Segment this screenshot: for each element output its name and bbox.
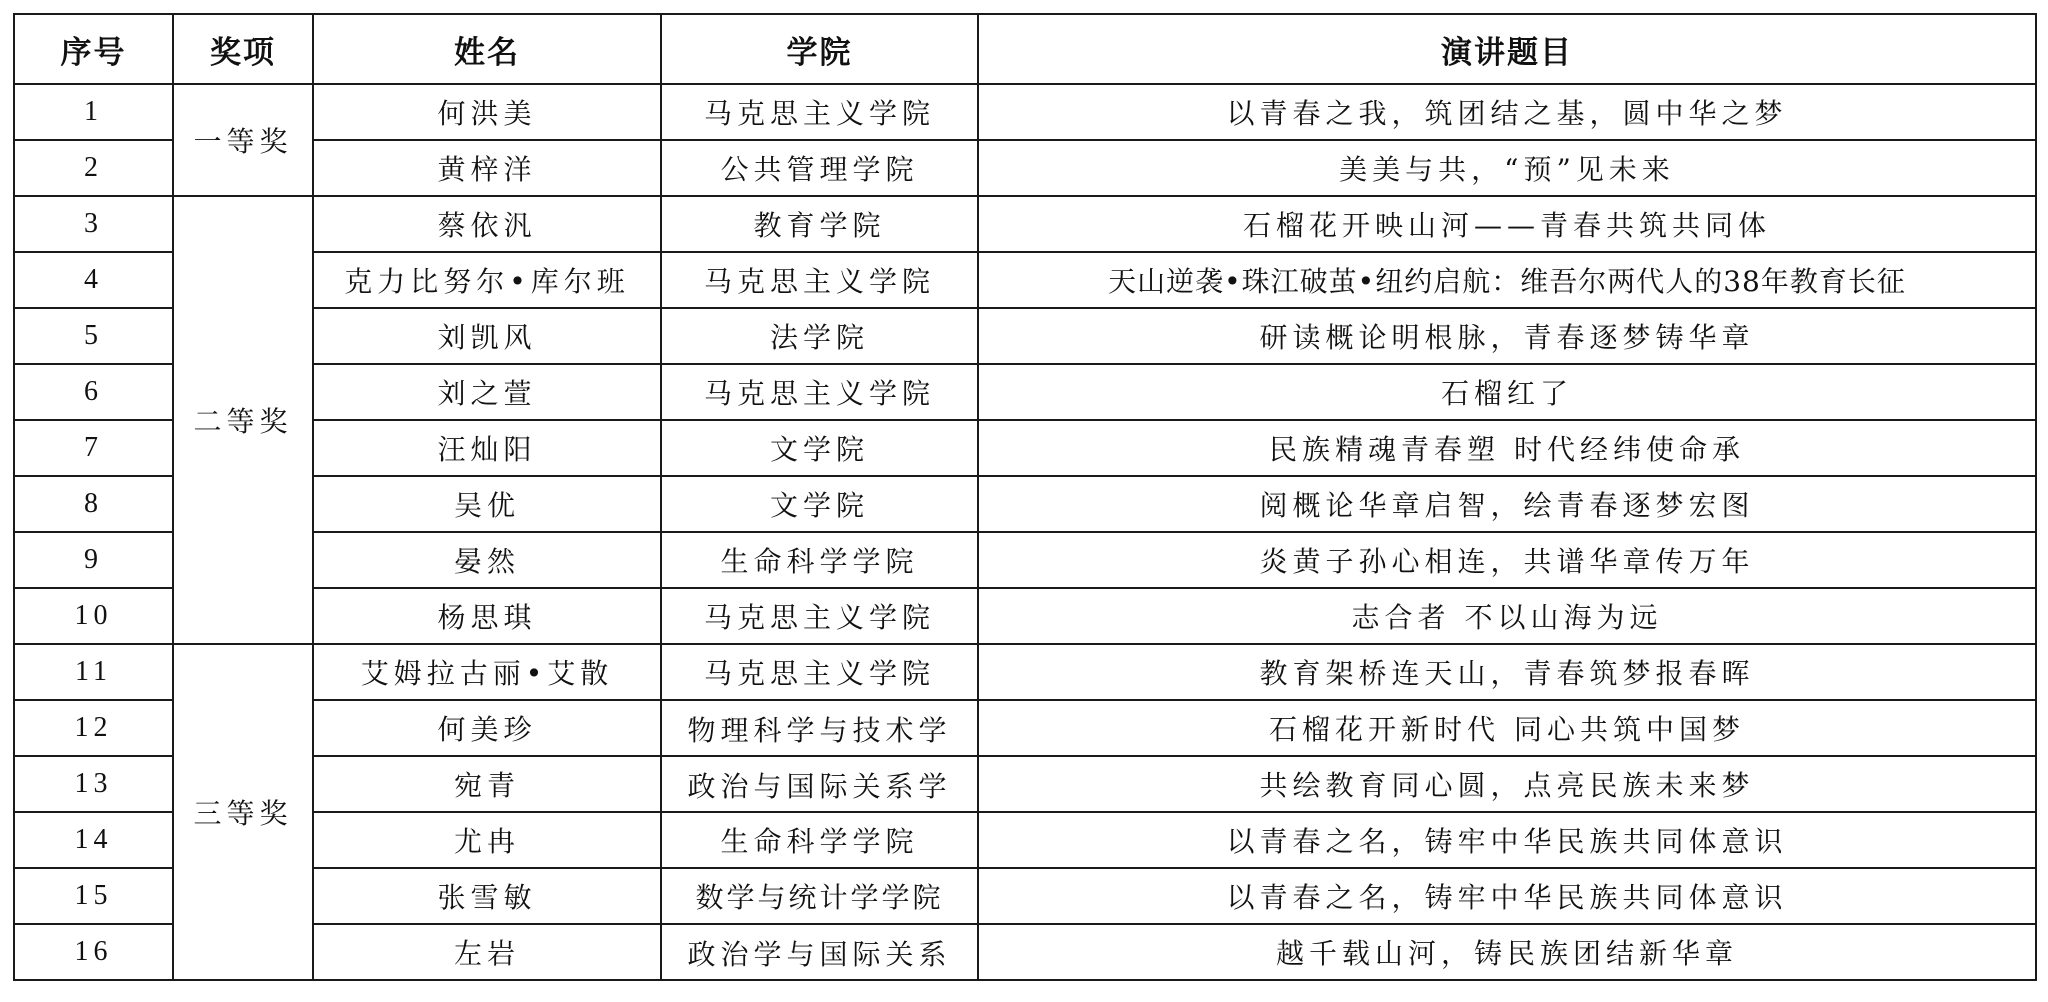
college: 文学院 — [661, 420, 978, 476]
student-name: 左岩 — [313, 924, 661, 980]
speech-title: 阅概论华章启智，绘青春逐梦宏图 — [978, 476, 2036, 532]
college: 教育学院 — [661, 196, 978, 252]
college: 物理科学与技术学 — [661, 700, 978, 756]
college: 文学院 — [661, 476, 978, 532]
speech-title: 炎黄子孙心相连，共谱华章传万年 — [978, 532, 2036, 588]
header-college: 学院 — [661, 14, 978, 84]
row-number: 5 — [14, 308, 173, 364]
student-name: 宛青 — [313, 756, 661, 812]
table-row: 7 汪灿阳 文学院 民族精魂青春塑 时代经纬使命承 — [14, 420, 2036, 476]
row-number: 6 — [14, 364, 173, 420]
speech-title: 美美与共，“预”见未来 — [978, 140, 2036, 196]
speech-title: 研读概论明根脉，青春逐梦铸华章 — [978, 308, 2036, 364]
row-number: 4 — [14, 252, 173, 308]
college: 政治学与国际关系 — [661, 924, 978, 980]
speech-title: 石榴红了 — [978, 364, 2036, 420]
table-row: 6 刘之萱 马克思主义学院 石榴红了 — [14, 364, 2036, 420]
college: 数学与统计学学院 — [661, 868, 978, 924]
student-name: 汪灿阳 — [313, 420, 661, 476]
table-row: 4 克力比努尔•库尔班 马克思主义学院 天山逆袭•珠江破茧•纽约启航：维吾尔两代… — [14, 252, 2036, 308]
speech-title: 志合者 不以山海为远 — [978, 588, 2036, 644]
row-number: 9 — [14, 532, 173, 588]
table-row: 10 杨思琪 马克思主义学院 志合者 不以山海为远 — [14, 588, 2036, 644]
student-name: 何洪美 — [313, 84, 661, 140]
table-row: 9 晏然 生命科学学院 炎黄子孙心相连，共谱华章传万年 — [14, 532, 2036, 588]
speech-title: 民族精魂青春塑 时代经纬使命承 — [978, 420, 2036, 476]
college: 马克思主义学院 — [661, 588, 978, 644]
award-group-first: 一等奖 — [173, 84, 313, 196]
table-row: 2 黄梓洋 公共管理学院 美美与共，“预”见未来 — [14, 140, 2036, 196]
speech-title: 以青春之名，铸牢中华民族共同体意识 — [978, 812, 2036, 868]
table-row: 12 何美珍 物理科学与技术学 石榴花开新时代 同心共筑中国梦 — [14, 700, 2036, 756]
header-name: 姓名 — [313, 14, 661, 84]
row-number: 14 — [14, 812, 173, 868]
row-number: 13 — [14, 756, 173, 812]
row-number: 10 — [14, 588, 173, 644]
college-text: 政治与国际关系学 — [662, 765, 977, 805]
table-row: 13 宛青 政治与国际关系学 共绘教育同心圆，点亮民族未来梦 — [14, 756, 2036, 812]
college: 马克思主义学院 — [661, 644, 978, 700]
row-number: 12 — [14, 700, 173, 756]
row-number: 1 — [14, 84, 173, 140]
table-row: 3 二等奖 蔡依汎 教育学院 石榴花开映山河——青春共筑共同体 — [14, 196, 2036, 252]
student-name: 吴优 — [313, 476, 661, 532]
college: 生命科学学院 — [661, 532, 978, 588]
header-row: 序号 奖项 姓名 学院 演讲题目 — [14, 14, 2036, 84]
table-row: 14 尤冉 生命科学学院 以青春之名，铸牢中华民族共同体意识 — [14, 812, 2036, 868]
table-row: 16 左岩 政治学与国际关系 越千载山河，铸民族团结新华章 — [14, 924, 2036, 980]
header-speech-title: 演讲题目 — [978, 14, 2036, 84]
header-award: 奖项 — [173, 14, 313, 84]
header-number: 序号 — [14, 14, 173, 84]
table-row: 15 张雪敏 数学与统计学学院 以青春之名，铸牢中华民族共同体意识 — [14, 868, 2036, 924]
college-text: 政治学与国际关系 — [662, 933, 977, 973]
award-group-second: 二等奖 — [173, 196, 313, 644]
college: 政治与国际关系学 — [661, 756, 978, 812]
row-number: 7 — [14, 420, 173, 476]
speech-title: 以青春之我，筑团结之基，圆中华之梦 — [978, 84, 2036, 140]
row-number: 3 — [14, 196, 173, 252]
speech-title: 石榴花开新时代 同心共筑中国梦 — [978, 700, 2036, 756]
table-row: 1 一等奖 何洪美 马克思主义学院 以青春之我，筑团结之基，圆中华之梦 — [14, 84, 2036, 140]
student-name: 艾姆拉古丽•艾散 — [313, 644, 661, 700]
row-number: 2 — [14, 140, 173, 196]
student-name: 蔡依汎 — [313, 196, 661, 252]
speech-title: 以青春之名，铸牢中华民族共同体意识 — [978, 868, 2036, 924]
row-number: 8 — [14, 476, 173, 532]
row-number: 11 — [14, 644, 173, 700]
student-name: 刘之萱 — [313, 364, 661, 420]
student-name: 杨思琪 — [313, 588, 661, 644]
college: 法学院 — [661, 308, 978, 364]
college: 马克思主义学院 — [661, 364, 978, 420]
speech-title: 教育架桥连天山，青春筑梦报春晖 — [978, 644, 2036, 700]
row-number: 16 — [14, 924, 173, 980]
college: 公共管理学院 — [661, 140, 978, 196]
table-row: 11 三等奖 艾姆拉古丽•艾散 马克思主义学院 教育架桥连天山，青春筑梦报春晖 — [14, 644, 2036, 700]
student-name: 黄梓洋 — [313, 140, 661, 196]
student-name: 刘凯风 — [313, 308, 661, 364]
table-row: 5 刘凯风 法学院 研读概论明根脉，青春逐梦铸华章 — [14, 308, 2036, 364]
speech-title: 越千载山河，铸民族团结新华章 — [978, 924, 2036, 980]
student-name: 尤冉 — [313, 812, 661, 868]
speech-title: 石榴花开映山河——青春共筑共同体 — [978, 196, 2036, 252]
table-row: 8 吴优 文学院 阅概论华章启智，绘青春逐梦宏图 — [14, 476, 2036, 532]
speech-title: 天山逆袭•珠江破茧•纽约启航：维吾尔两代人的38年教育长征 — [978, 252, 2036, 308]
student-name: 何美珍 — [313, 700, 661, 756]
student-name: 晏然 — [313, 532, 661, 588]
college: 马克思主义学院 — [661, 84, 978, 140]
award-group-third: 三等奖 — [173, 644, 313, 980]
college: 马克思主义学院 — [661, 252, 978, 308]
row-number: 15 — [14, 868, 173, 924]
student-name: 克力比努尔•库尔班 — [313, 252, 661, 308]
awards-table: 序号 奖项 姓名 学院 演讲题目 1 一等奖 何洪美 马克思主义学院 以青春之我… — [13, 13, 2037, 981]
college: 生命科学学院 — [661, 812, 978, 868]
college-text: 物理科学与技术学 — [662, 709, 977, 749]
speech-title: 共绘教育同心圆，点亮民族未来梦 — [978, 756, 2036, 812]
student-name: 张雪敏 — [313, 868, 661, 924]
